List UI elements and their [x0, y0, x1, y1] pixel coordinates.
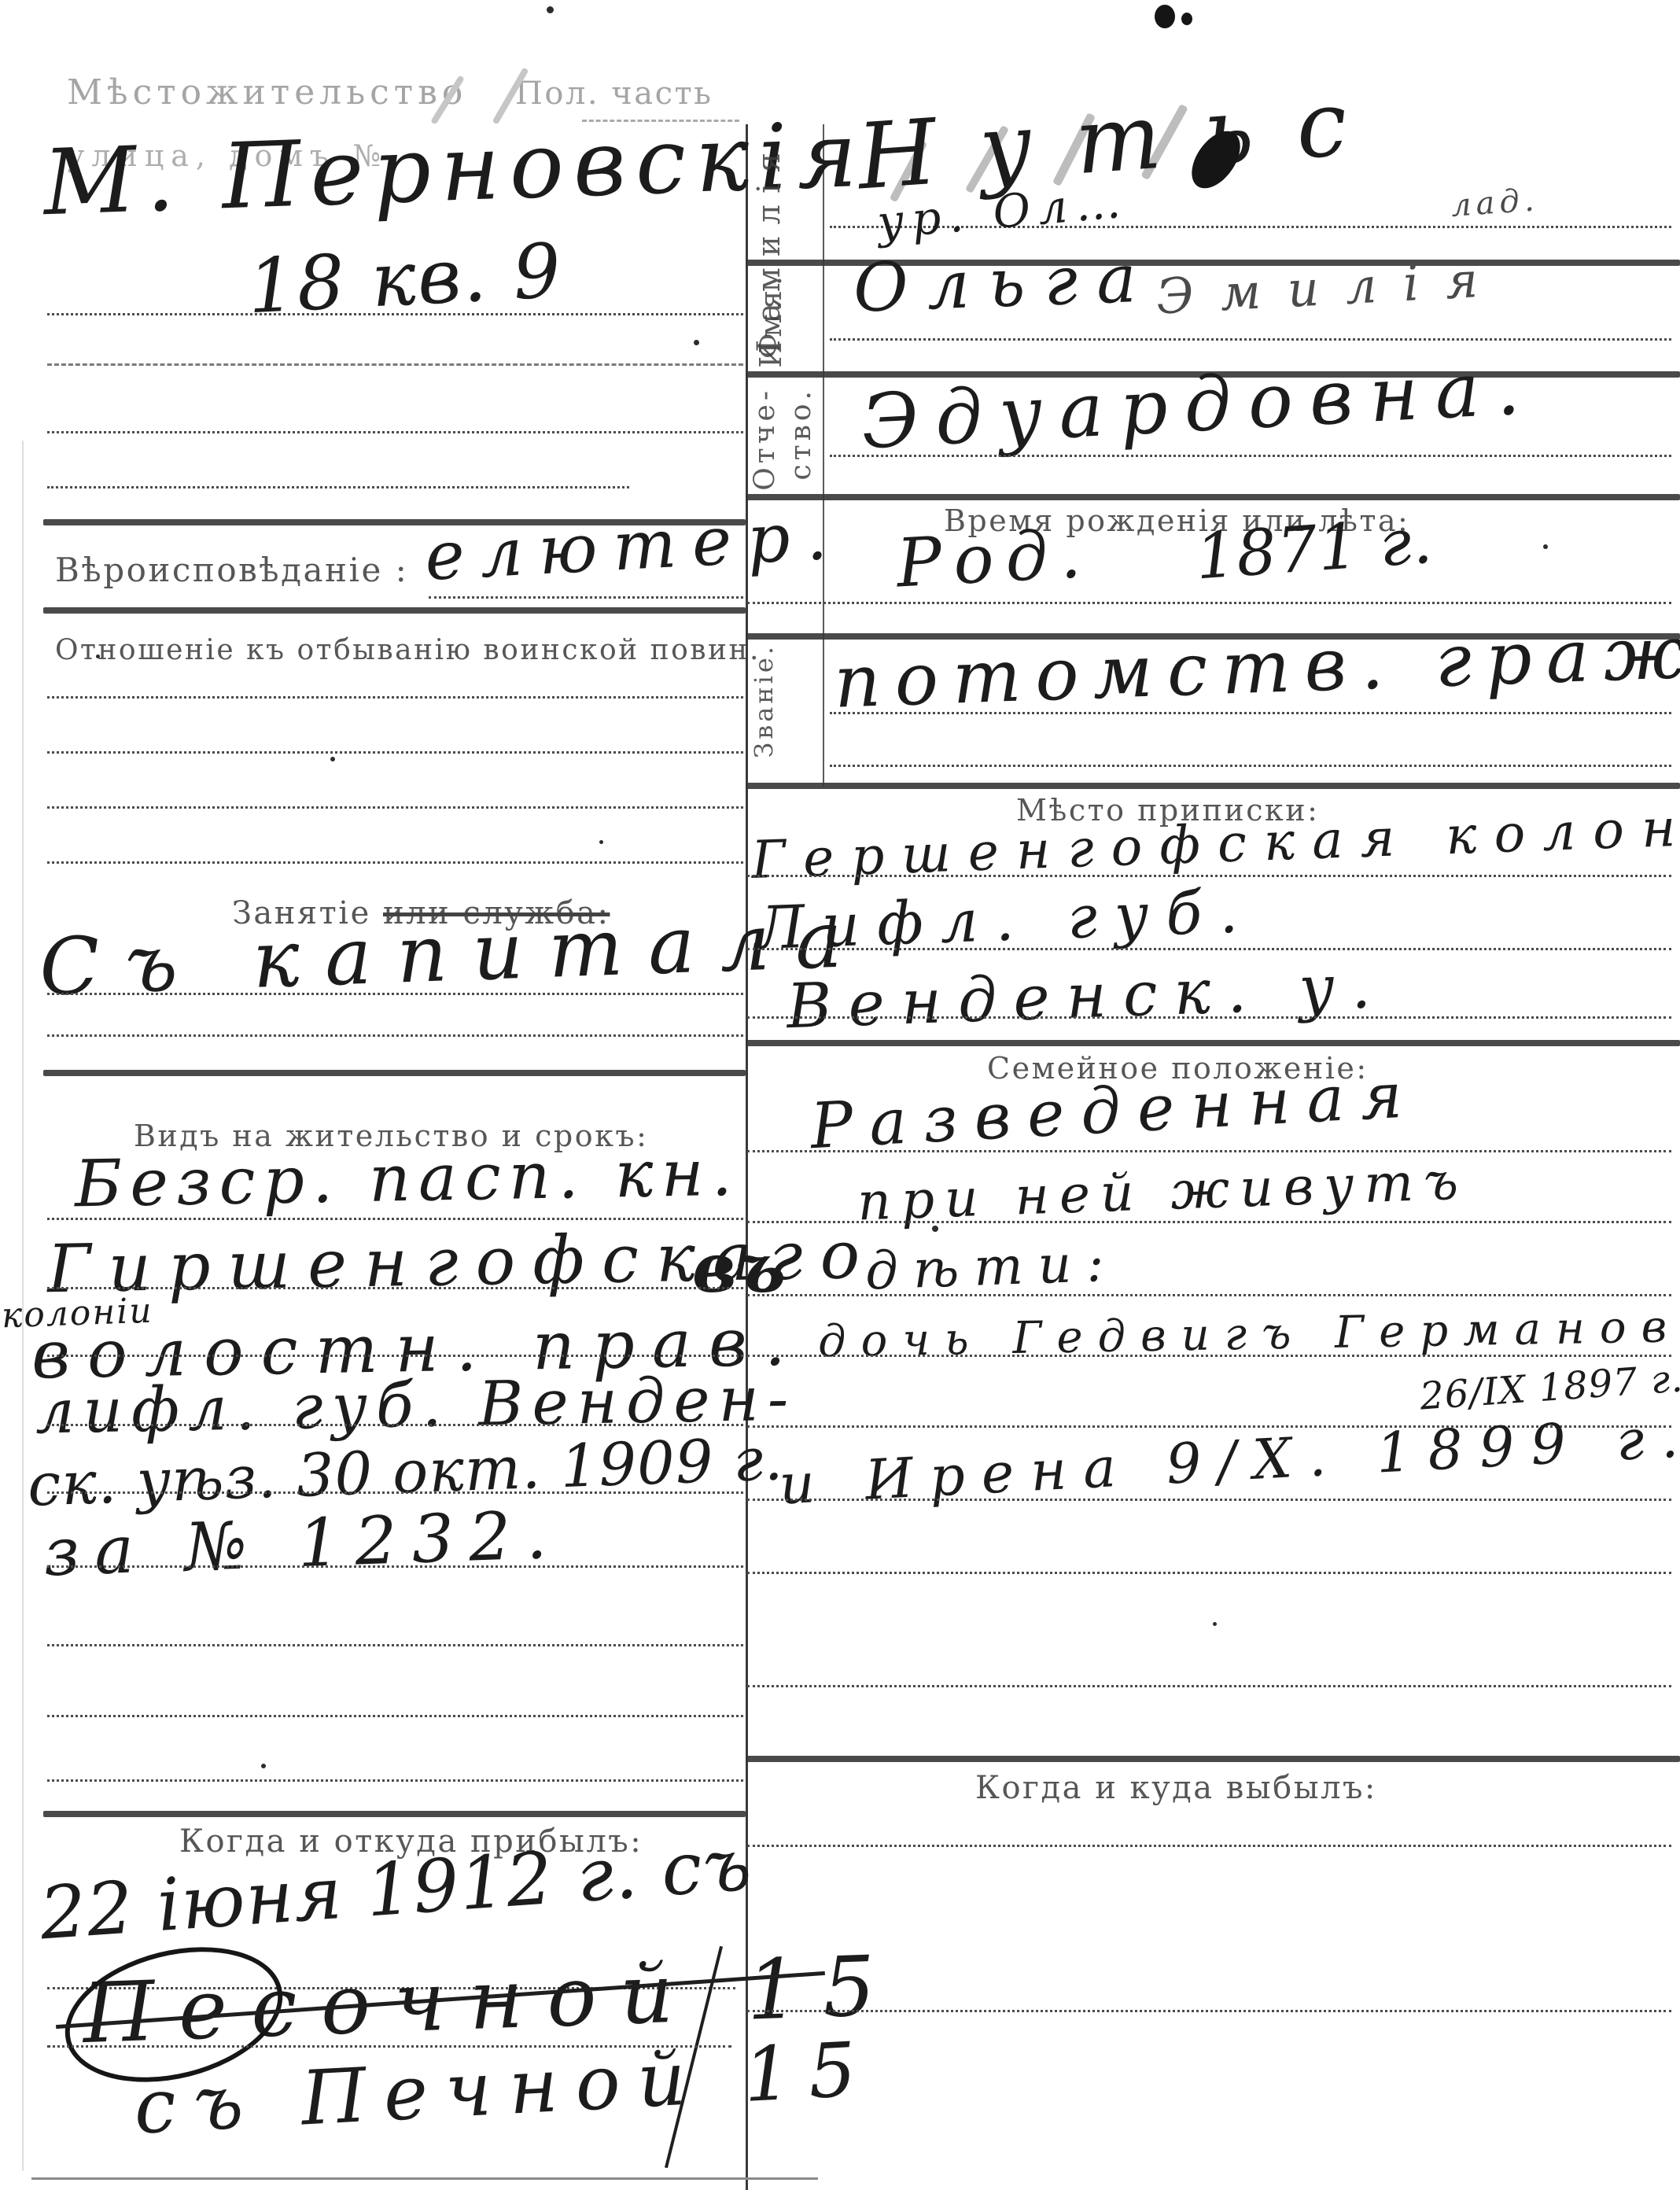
section-rule [746, 1756, 1680, 1762]
field-line [747, 1016, 1671, 1019]
field-line [747, 1572, 1671, 1574]
family-line3-handwriting: дѣти: [864, 1237, 1119, 1297]
ink-speck [599, 840, 603, 844]
name-second-handwriting: Эмилія [1155, 254, 1506, 321]
field-line [747, 1221, 1671, 1223]
ruled-line [47, 696, 743, 699]
field-line [830, 338, 1671, 341]
ruled-line [47, 313, 743, 315]
religion-value-handwriting: елютер. [423, 502, 844, 591]
field-line [747, 1294, 1671, 1296]
ruled-line [47, 1644, 743, 1646]
surname-margin-note: лад. [1450, 184, 1540, 222]
field-line [747, 948, 1671, 950]
patronymic-label-line2: ство. [785, 387, 817, 480]
ruled-line [47, 751, 743, 754]
ruled-line [47, 1779, 743, 1782]
ascription-line3-handwriting: Венденск. у. [786, 956, 1388, 1038]
religion-label: Вѣроисповѣданіе : [55, 551, 408, 589]
occupation-value-handwriting: Съ капитала [39, 900, 869, 1008]
field-line [830, 712, 1671, 714]
section-rule [43, 607, 746, 614]
field-line [830, 455, 1671, 457]
permit-line1-handwriting: Безср. пасп. кн. [74, 1141, 740, 1218]
ruled-line [47, 1565, 743, 1568]
ruled-line [47, 1491, 743, 1494]
ruled-line [47, 993, 743, 995]
section-rule [746, 1040, 1680, 1046]
military-duty-label: Отношеніе къ отбыванію воинской повин. [55, 634, 761, 666]
ruled-line [47, 1355, 743, 1357]
section-rule [43, 1070, 746, 1076]
ruled-line [47, 1287, 743, 1289]
ascription-line2-handwriting: Лифл. губ. [754, 882, 1256, 958]
ruled-line [47, 1715, 743, 1717]
ruled-line [47, 806, 743, 809]
name-label: Имя. [753, 271, 788, 368]
field-line [747, 1499, 1671, 1501]
field-line [747, 602, 1671, 604]
field-line [747, 875, 1671, 877]
section-rule [746, 783, 1680, 789]
ink-speck [1543, 544, 1548, 549]
name-first-handwriting: Ольга [853, 245, 1156, 322]
ruled-line [47, 486, 629, 489]
departed-label: Когда и куда выбылъ: [975, 1770, 1377, 1806]
rank-label: Званіе. [749, 643, 779, 758]
field-line [747, 2010, 1671, 2012]
ink-speck [694, 340, 699, 345]
birth-word-handwriting: Род. [895, 521, 1094, 598]
ink-speck [1213, 1622, 1217, 1626]
ink-speck [96, 654, 100, 658]
ink-speck [932, 1226, 938, 1232]
ink-speck [1181, 13, 1192, 25]
permit-line2-overlap-handwriting: въ [692, 1235, 786, 1303]
patronymic-handwriting: Эдуардовна. [860, 351, 1538, 461]
field-line [830, 765, 1671, 767]
residence-label: Мѣстожительство [67, 72, 467, 112]
field-line [747, 1150, 1671, 1152]
section-rule [43, 1811, 746, 1817]
arrived-line1-handwriting: 22 іюня 1912 г. съ [38, 1828, 754, 1950]
ruled-line [47, 861, 743, 864]
ruled-line [47, 363, 743, 366]
ink-speck [1155, 5, 1175, 28]
ruled-line [47, 431, 743, 433]
religion-fill-line [429, 596, 743, 599]
address-street-handwriting: М. Перновскія [42, 110, 868, 229]
ink-speck [547, 6, 554, 13]
field-line [747, 1685, 1671, 1687]
ruled-line [47, 1034, 743, 1037]
ink-speck [261, 1764, 266, 1768]
label-band-divider [823, 124, 824, 787]
field-line [747, 1845, 1671, 1847]
address-number-handwriting: 18 кв. 9 [246, 234, 564, 326]
birth-year-handwriting: 1871 г. [1194, 510, 1435, 589]
permit-line6-handwriting: за № 1232. [42, 1502, 563, 1586]
family-line1-handwriting: Разведенная [809, 1064, 1420, 1158]
rank-value-handwriting: потомств. гражда [833, 612, 1680, 719]
registration-card-scan: Мѣстожительство Пол. часть улица, домъ №… [0, 0, 1680, 2190]
bottom-edge-line [31, 2177, 818, 2180]
family-line2-handwriting: при ней живутъ [857, 1155, 1469, 1228]
ink-speck [330, 757, 335, 761]
police-district-label: Пол. часть [515, 76, 713, 112]
ruled-line [47, 1424, 743, 1426]
field-line [747, 1355, 1671, 1357]
patronymic-label-line1: Отче- [749, 387, 781, 491]
section-rule [746, 494, 1680, 500]
